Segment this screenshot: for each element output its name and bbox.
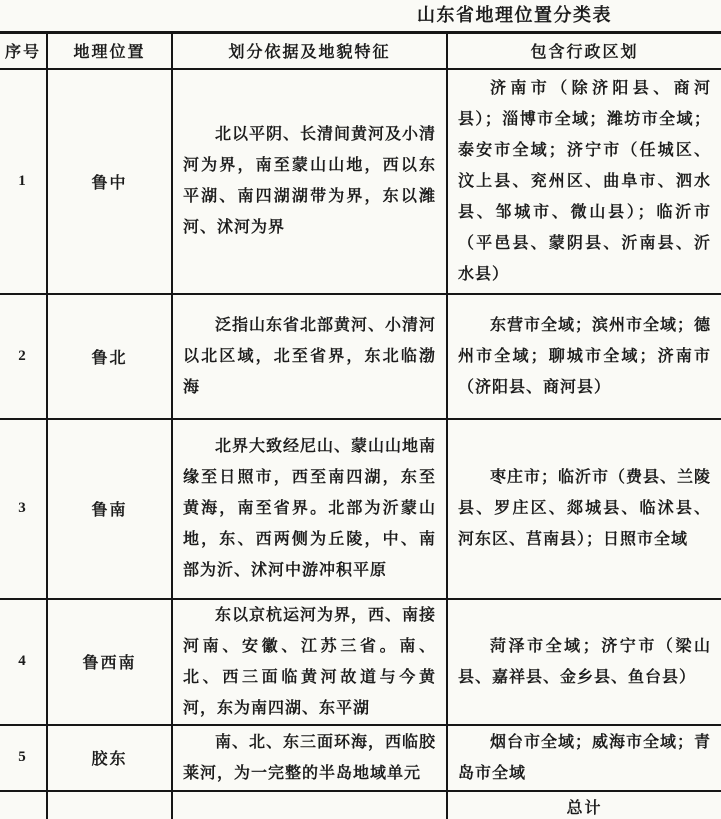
header-serial-number: 序号 <box>0 33 47 69</box>
administrative-divisions: 东营市全域；滨州市全域；德州市全域；聊城市全域；济南市（济阳县、商河县） <box>447 294 721 419</box>
location-name: 鲁中 <box>47 69 172 294</box>
administrative-divisions-text: 济南市（除济阳县、商河县）；淄博市全域；潍坊市全域；泰安市全域；济宁市（任城区、… <box>448 73 721 290</box>
serial-number: 5 <box>0 725 47 791</box>
administrative-divisions-text: 菏泽市全域；济宁市（梁山县、嘉祥县、金乡县、鱼台县） <box>448 631 721 693</box>
table-row-lunan: 3 鲁南 北界大致经尼山、蒙山山地南缘至日照市，西至南四湖，东至黄海，南至省界。… <box>0 419 721 599</box>
division-basis: 北界大致经尼山、蒙山山地南缘至日照市，西至南四湖，东至黄海，南至省界。北部为沂蒙… <box>172 419 447 599</box>
location-name: 鲁西南 <box>47 599 172 725</box>
table-row-lubei: 2 鲁北 泛指山东省北部黄河、小清河以北区域，北至省界，东北临渤海 东营市全域；… <box>0 294 721 419</box>
division-basis: 北以平阴、长清间黄河及小清河为界，南至蒙山山地，西以东平湖、南四湖湖带为界，东以… <box>172 69 447 294</box>
scanned-document-page: 山东省地理位置分类表 序号 地理位置 划分依据及地貌特征 包含行政区划 1 鲁中… <box>0 0 721 819</box>
location-name: 鲁南 <box>47 419 172 599</box>
serial-number: 3 <box>0 419 47 599</box>
administrative-divisions-text: 枣庄市；临沂市（费县、兰陵县、罗庄区、郯城县、临沭县、河东区、莒南县）；日照市全… <box>448 462 721 555</box>
footer-empty-location <box>47 791 172 819</box>
location-name: 鲁北 <box>47 294 172 419</box>
administrative-divisions: 济南市（除济阳县、商河县）；淄博市全域；潍坊市全域；泰安市全域；济宁市（任城区、… <box>447 69 721 294</box>
geo-classification-table: 序号 地理位置 划分依据及地貌特征 包含行政区划 1 鲁中 北以平阴、长清间黄河… <box>0 31 721 819</box>
header-division-basis: 划分依据及地貌特征 <box>172 33 447 69</box>
administrative-divisions: 菏泽市全域；济宁市（梁山县、嘉祥县、金乡县、鱼台县） <box>447 599 721 725</box>
serial-number: 4 <box>0 599 47 725</box>
administrative-divisions: 烟台市全域；威海市全域；青岛市全域 <box>447 725 721 791</box>
division-basis-text: 东以京杭运河为界，西、南接河南、安徽、江苏三省。南、北、西三面临黄河故道与今黄河… <box>173 600 446 724</box>
table-title: 山东省地理位置分类表 <box>0 0 721 31</box>
table-row-luzhong: 1 鲁中 北以平阴、长清间黄河及小清河为界，南至蒙山山地，西以东平湖、南四湖湖带… <box>0 69 721 294</box>
table-row-luxinan: 4 鲁西南 东以京杭运河为界，西、南接河南、安徽、江苏三省。南、北、西三面临黄河… <box>0 599 721 725</box>
division-basis-text: 泛指山东省北部黄河、小清河以北区域，北至省界，东北临渤海 <box>173 310 446 403</box>
footer-empty-basis <box>172 791 447 819</box>
division-basis-text: 北以平阴、长清间黄河及小清河为界，南至蒙山山地，西以东平湖、南四湖湖带为界，东以… <box>173 119 446 243</box>
division-basis: 南、北、东三面环海，西临胶莱河，为一完整的半岛地域单元 <box>172 725 447 791</box>
serial-number: 1 <box>0 69 47 294</box>
header-administrative-divisions: 包含行政区划 <box>447 33 721 69</box>
division-basis-text: 南、北、东三面环海，西临胶莱河，为一完整的半岛地域单元 <box>173 727 446 789</box>
division-basis: 泛指山东省北部黄河、小清河以北区域，北至省界，东北临渤海 <box>172 294 447 419</box>
header-geographic-location: 地理位置 <box>47 33 172 69</box>
header-row: 序号 地理位置 划分依据及地貌特征 包含行政区划 <box>0 33 721 69</box>
division-basis: 东以京杭运河为界，西、南接河南、安徽、江苏三省。南、北、西三面临黄河故道与今黄河… <box>172 599 447 725</box>
location-name: 胶东 <box>47 725 172 791</box>
division-basis-text: 北界大致经尼山、蒙山山地南缘至日照市，西至南四湖，东至黄海，南至省界。北部为沂蒙… <box>173 431 446 586</box>
administrative-divisions-text: 烟台市全域；威海市全域；青岛市全域 <box>448 727 721 789</box>
footer-empty-serial <box>0 791 47 819</box>
table-row-jiaodong: 5 胶东 南、北、东三面环海，西临胶莱河，为一完整的半岛地域单元 烟台市全域；威… <box>0 725 721 791</box>
serial-number: 2 <box>0 294 47 419</box>
total-label: 总计 <box>447 791 721 819</box>
footer-row: 总计 <box>0 791 721 819</box>
administrative-divisions: 枣庄市；临沂市（费县、兰陵县、罗庄区、郯城县、临沭县、河东区、莒南县）；日照市全… <box>447 419 721 599</box>
administrative-divisions-text: 东营市全域；滨州市全域；德州市全域；聊城市全域；济南市（济阳县、商河县） <box>448 310 721 403</box>
